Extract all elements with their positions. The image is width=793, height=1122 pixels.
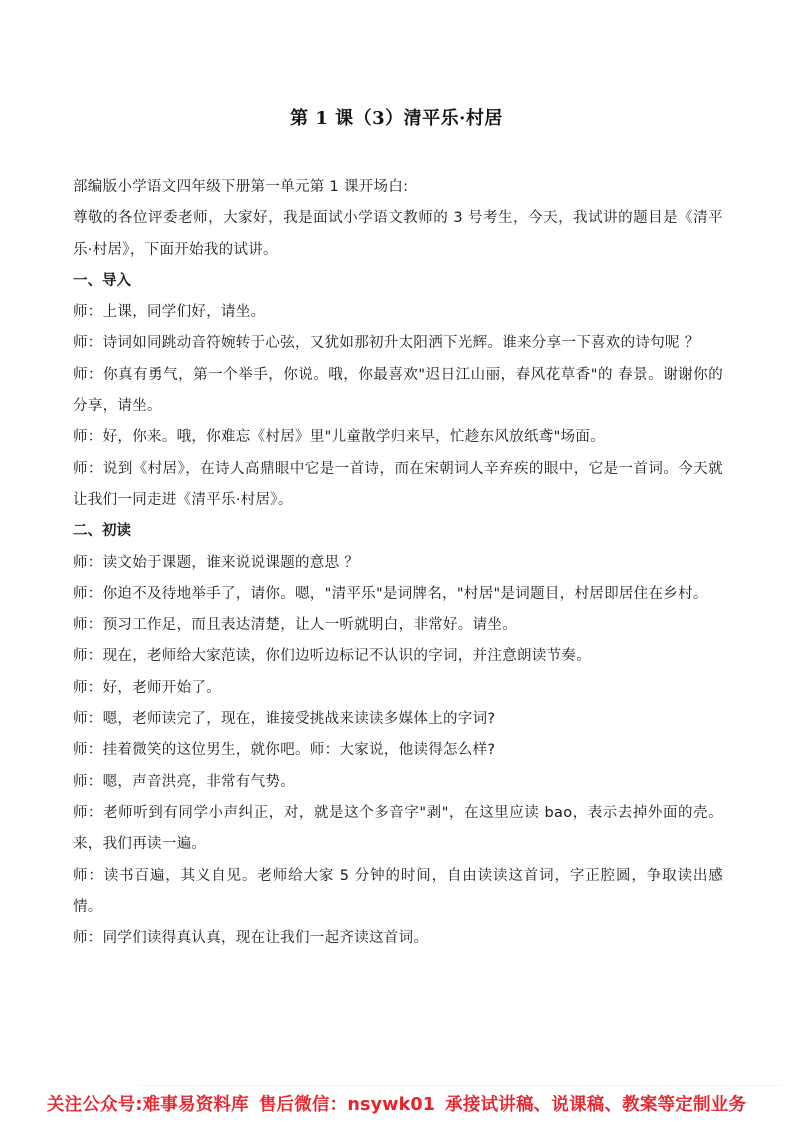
dialogue-line: 师：预习工作足，而且表达清楚，让人一听就明白，非常好。请坐。: [73, 610, 723, 641]
dialogue-line: 师：老师听到有同学小声纠正，对，就是这个多音字"剥"，在这里应读 bao，表示去…: [73, 798, 723, 861]
dialogue-line: 师：好，老师开始了。: [73, 673, 723, 704]
footer-divider: [140, 1085, 780, 1086]
dialogue-line: 师：读书百遍，其义自见。老师给大家 5 分钟的时间，自由读读这首词，字正腔圆，争…: [73, 861, 723, 924]
intro-line: 部编版小学语文四年级下册第一单元第 1 课开场白:: [73, 172, 723, 203]
dialogue-line: 师：上课，同学们好，请坐。: [73, 297, 723, 328]
document-body: 部编版小学语文四年级下册第一单元第 1 课开场白: 尊敬的各位评委老师，大家好，…: [73, 172, 723, 954]
dialogue-line: 师：你真有勇气，第一个举手，你说。哦，你最喜欢"迟日江山丽，春风花草香"的 春景…: [73, 360, 723, 423]
dialogue-line: 师：嗯，老师读完了，现在，谁接受挑战来读读多媒体上的字词?: [73, 704, 723, 735]
dialogue-line: 师：同学们读得真认真，现在让我们一起齐读这首词。: [73, 923, 723, 954]
dialogue-line: 师：嗯，声音洪亮，非常有气势。: [73, 767, 723, 798]
dialogue-line: 师：好，你来。哦，你难忘《村居》里"儿童散学归来早，忙趁东风放纸鸢"场面。: [73, 422, 723, 453]
section-heading-first-reading: 二、初读: [73, 516, 723, 547]
dialogue-line: 师：读文始于课题，谁来说说课题的意思 ？: [73, 548, 723, 579]
footer-promo-banner: 关注公众号:难事易资料库 售后微信：nsywk01 承接试讲稿、说课稿、教案等定…: [0, 1088, 793, 1118]
dialogue-line: 师：挂着微笑的这位男生，就你吧。师：大家说，他读得怎么样?: [73, 735, 723, 766]
footer-wechat-text: 售后微信：nsywk01: [259, 1091, 435, 1116]
footer-service-text: 承接试讲稿、说课稿、教案等定制业务: [445, 1091, 746, 1116]
dialogue-line: 师：诗词如同跳动音符婉转于心弦，又犹如那初升太阳洒下光辉。谁来分享一下喜欢的诗句…: [73, 328, 723, 359]
dialogue-line: 师：你迫不及待地举手了，请你。嗯，"清平乐"是词牌名，"村居"是词题目，村居即居…: [73, 579, 723, 610]
dialogue-line: 师：现在，老师给大家范读，你们边听边标记不认识的字词，并注意朗读节奏。: [73, 641, 723, 672]
page-title: 第 1 课（3）清平乐·村居: [0, 104, 793, 130]
footer-account-text: 关注公众号:难事易资料库: [47, 1091, 249, 1116]
greeting-paragraph: 尊敬的各位评委老师，大家好，我是面试小学语文教师的 3 号考生，今天，我试讲的题…: [73, 203, 723, 266]
dialogue-line: 师：说到《村居》，在诗人高鼎眼中它是一首诗，而在宋朝词人辛弃疾的眼中，它是一首词…: [73, 454, 723, 517]
section-heading-intro: 一、导入: [73, 266, 723, 297]
